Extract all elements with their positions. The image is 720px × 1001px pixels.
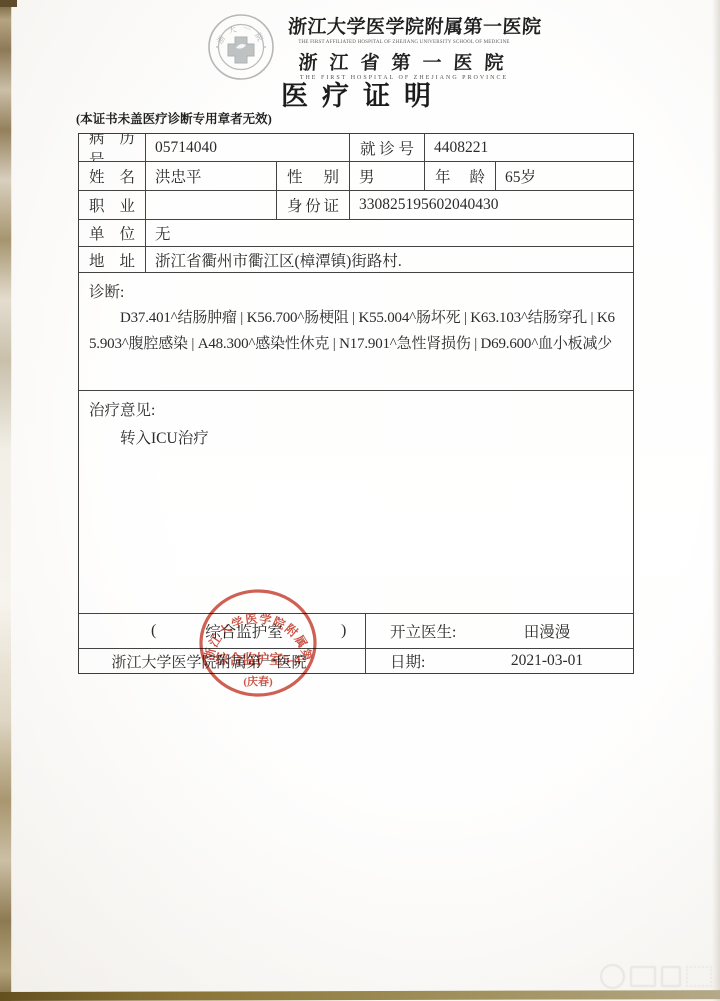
occupation-label-cell: 职业 [79, 191, 146, 219]
watermark-glyph [686, 966, 712, 987]
visit-no-label-cell: 就诊号 [350, 134, 425, 161]
address-label-cell: 地址 [79, 247, 146, 272]
diagnosis-cell: 诊断: D37.401^结肠肿瘤 | K56.700^肠梗阻 | K55.004… [79, 273, 633, 390]
paper-bottom-edge [0, 990, 720, 1001]
diagnosis-text-line: D37.401^结肠肿瘤 | K56.700^肠梗阻 | K55.004^肠坏死… [89, 305, 623, 331]
paper-left-edge [0, 0, 12, 1001]
document-title: 医疗证明 [78, 74, 634, 113]
scanned-document-photo: 浙大一院 浙江大学医学院附属第一医院 THE FIRST AFFILIATED … [0, 0, 720, 1001]
name-value: 洪忠平 [146, 162, 277, 190]
doctor-cell: 开立医生: 田漫漫 [366, 614, 633, 648]
table-row-address: 地址 浙江省衢州市衢江区(樟潭镇)街路村. [79, 247, 633, 273]
diagnosis-label: 诊断: [89, 280, 623, 302]
patient-info-table: 病历号 05714040 就诊号 4408221 姓名 洪忠平 性别 男 年龄 … [78, 133, 634, 674]
id-value: 330825195602040430 [350, 191, 633, 219]
stamp-center-text: 综合监护室5-4 [215, 651, 301, 667]
letterhead: 浙江大学医学院附属第一医院 THE FIRST AFFILIATED HOSPI… [288, 12, 520, 81]
app-watermark [600, 964, 712, 989]
hospital-alt-name-cn: 浙江省第一医院 [287, 48, 520, 75]
table-row-name: 姓名 洪忠平 性别 男 年龄 65岁 [79, 162, 633, 191]
watermark-logo-icon [600, 964, 625, 989]
watermark-glyph [661, 966, 681, 987]
date-label: 日期: [366, 650, 481, 672]
employer-label-cell: 单位 [79, 220, 146, 246]
treatment-label: 治疗意见: [89, 398, 623, 420]
watermark-glyph [630, 966, 656, 987]
occupation-value [146, 191, 277, 219]
age-label-cell: 年龄 [425, 162, 496, 190]
doctor-label: 开立医生: [366, 620, 481, 642]
age-value: 65岁 [496, 162, 633, 190]
paper-corner-shadow [0, 0, 17, 7]
doctor-name: 田漫漫 [481, 620, 633, 642]
diagnosis-section: 诊断: D37.401^结肠肿瘤 | K56.700^肠梗阻 | K55.004… [79, 273, 633, 391]
paper-right-shadow [712, 0, 720, 1001]
name-label-cell: 姓名 [79, 162, 146, 190]
treatment-cell: 治疗意见: 转入ICU治疗 [79, 391, 633, 613]
id-label-cell: 身份证 [277, 191, 350, 219]
table-row-employer: 单位 无 [79, 220, 633, 247]
hospital-name-cn: 浙江大学医学院附属第一医院 [287, 12, 520, 39]
visit-no-value: 4408221 [425, 134, 633, 161]
employer-value: 无 [146, 220, 633, 246]
treatment-content: 转入ICU治疗 [89, 426, 623, 448]
gender-label-cell: 性别 [277, 162, 350, 190]
record-no-label-cell: 病历号 [79, 134, 146, 161]
paren-open: ( [151, 622, 156, 640]
footer-row-date: 浙江大学医学院附属第一医院 日期: 2021-03-01 [79, 649, 633, 673]
table-row-occupation: 职业 身份证 330825195602040430 [79, 191, 633, 220]
red-hospital-stamp: 浙江大学医学院附属第一医院 综合监护室5-4 (庆春) [197, 586, 323, 700]
date-cell: 日期: 2021-03-01 [366, 649, 633, 673]
stamp-bottom-text: (庆春) [243, 674, 273, 688]
diagnosis-text-line: 5.903^腹腔感染 | A48.300^感染性休克 | N17.901^急性肾… [89, 331, 623, 357]
validity-notice: (本证书未盖医疗诊断专用章者无效) [76, 109, 272, 127]
hospital-name-en: THE FIRST AFFILIATED HOSPITAL OF ZHEJIAN… [288, 40, 520, 45]
address-value: 浙江省衢州市衢江区(樟潭镇)街路村. [146, 247, 633, 272]
gender-value: 男 [350, 162, 425, 190]
paren-close: ) [341, 622, 346, 640]
table-row-record: 病历号 05714040 就诊号 4408221 [79, 134, 633, 162]
hospital-seal-icon: 浙大一院 [207, 13, 275, 81]
footer-row-doctor: ( 综合监护室 ) 开立医生: 田漫漫 [79, 614, 633, 649]
treatment-section: 治疗意见: 转入ICU治疗 [79, 391, 633, 614]
date-value: 2021-03-01 [481, 652, 633, 670]
record-no-value: 05714040 [146, 134, 350, 161]
